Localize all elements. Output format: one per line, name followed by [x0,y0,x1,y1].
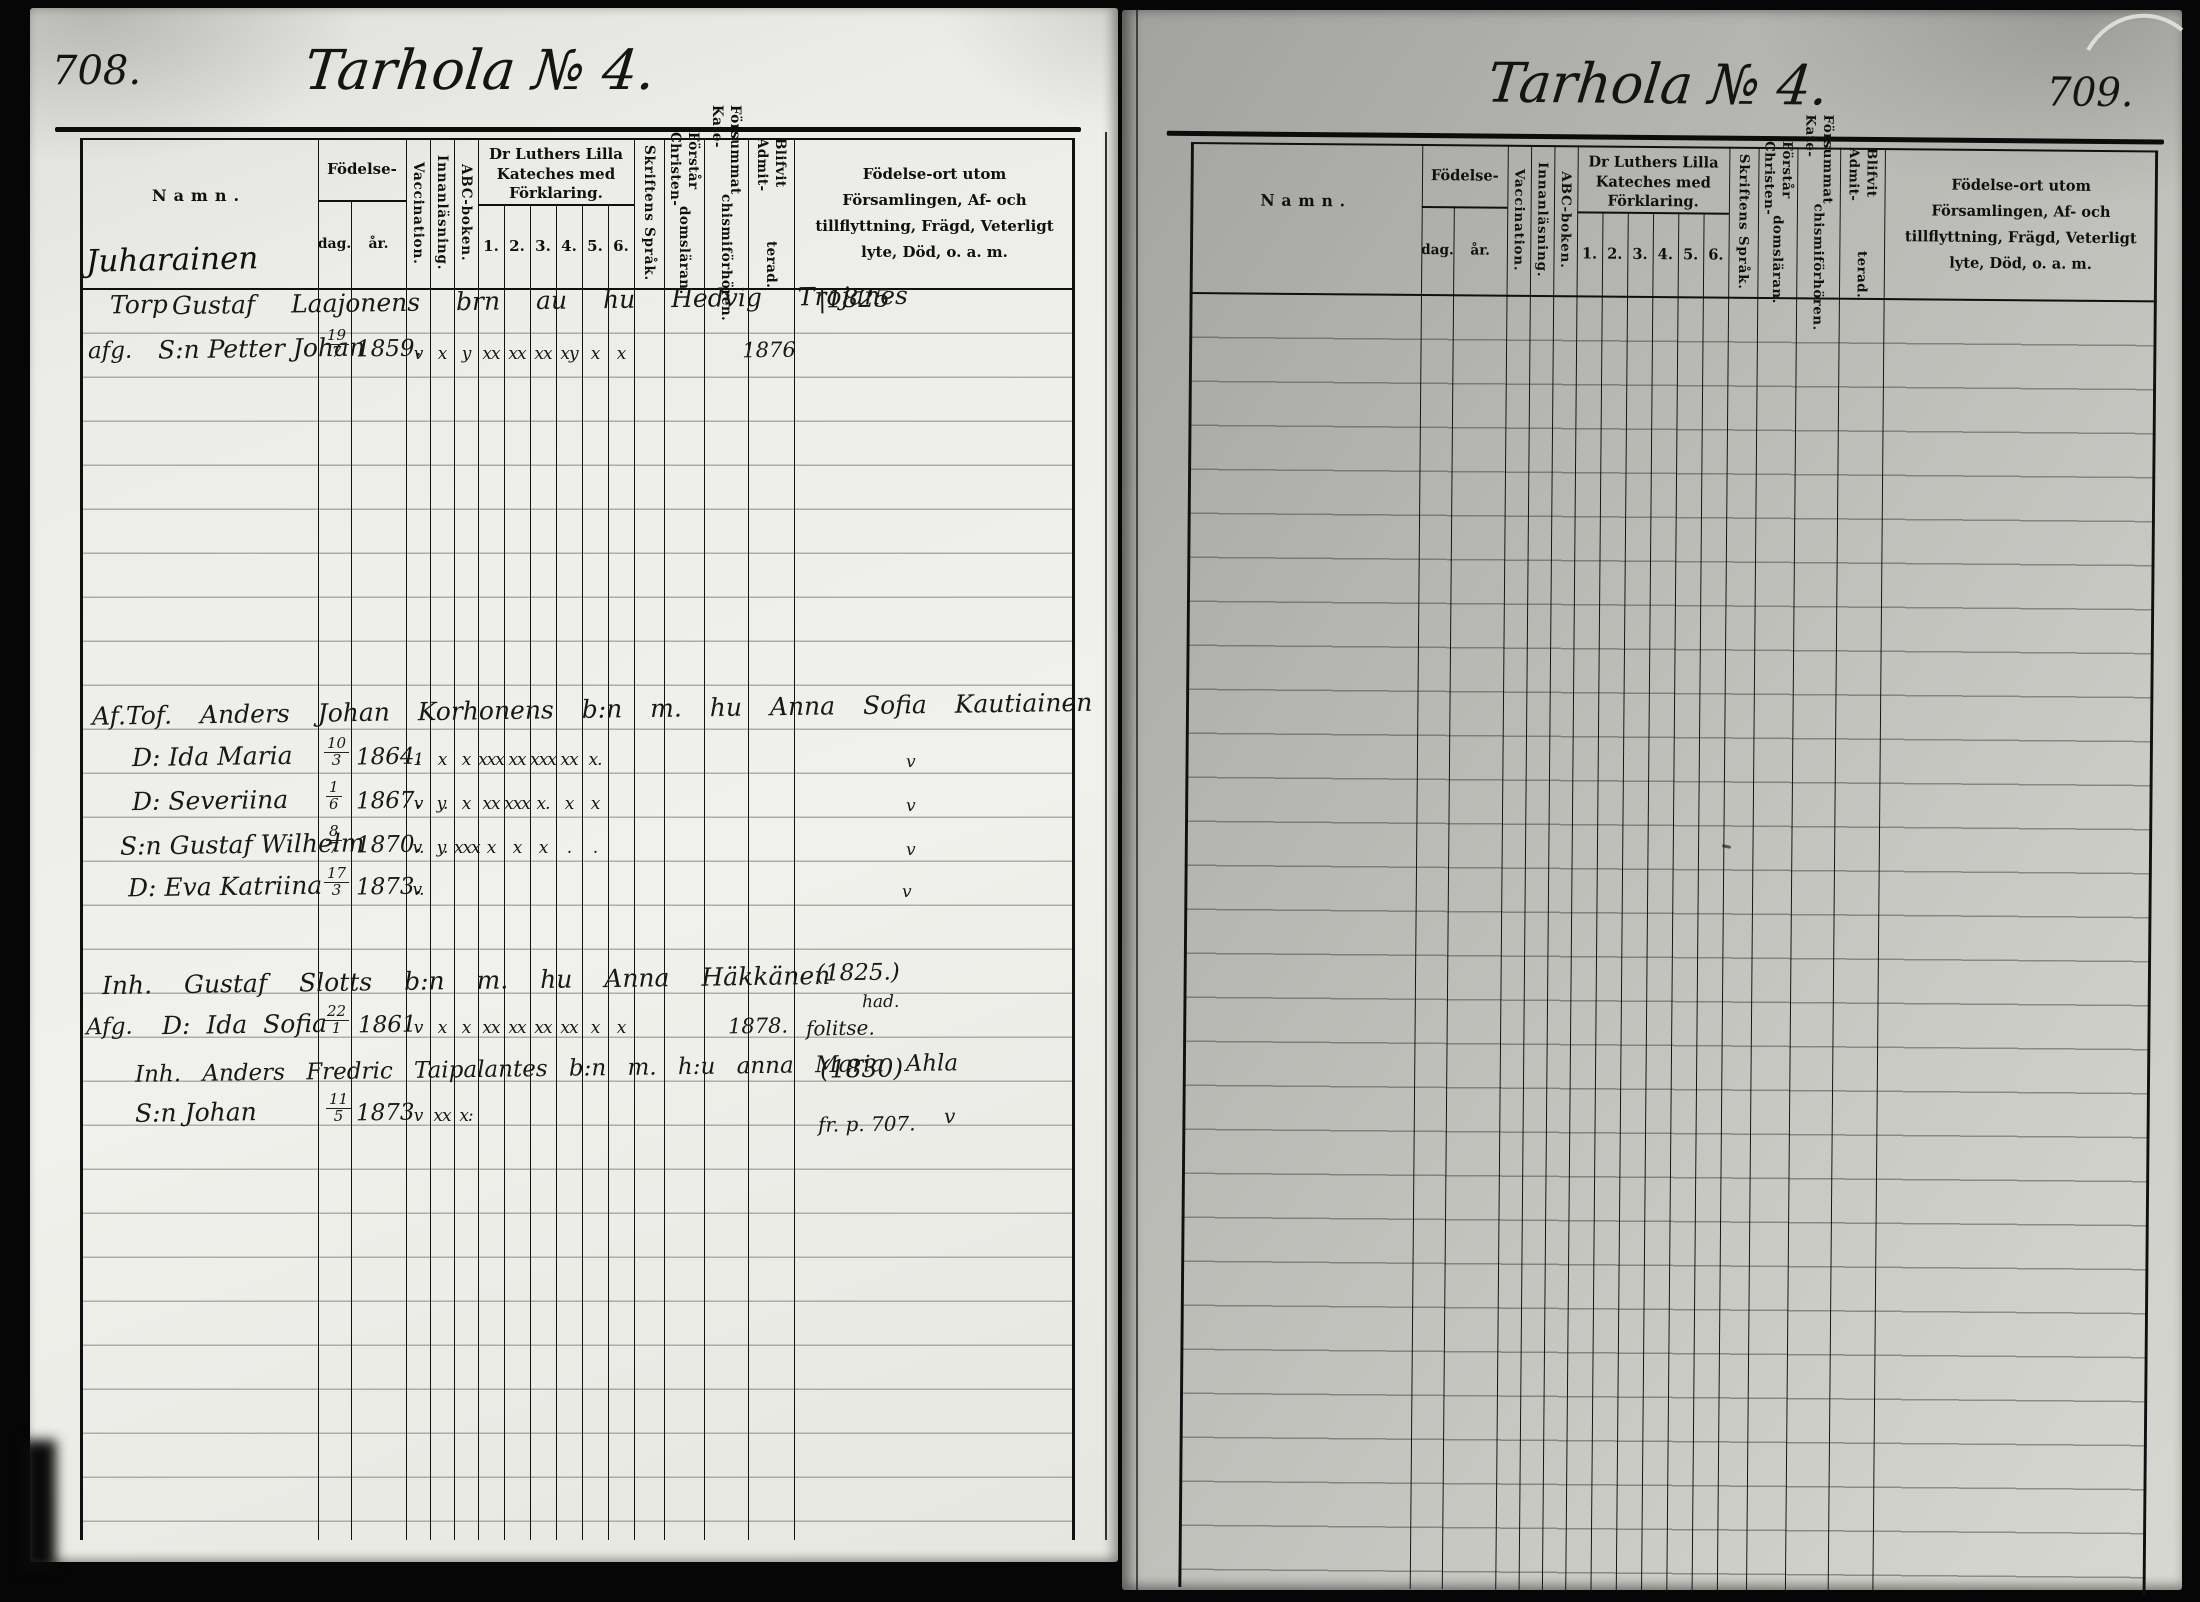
kateches-col-4: 4. [556,204,582,288]
column-header-fodelse: Födelse- dag. år. [318,138,406,288]
entry-name: D: Severiina [132,785,289,816]
subheader-dag: dag. [318,200,351,288]
entry-marks: vxyxxxxxxxyxx [406,344,634,364]
kateches-col-5: 5. [582,204,608,288]
entry-prefix: Afg. [86,1014,133,1041]
column-header-innanlasning: Innanläsning. [430,138,454,288]
entry-note: v [906,752,916,772]
top-rule [55,127,1081,132]
subheader-ar: år. [351,200,406,288]
entry-marks: v.y.xxxxxx.. [406,838,634,858]
right-page-title: Tarhola № 4. [1402,50,1915,118]
kateches-col-6: 6. [608,204,634,288]
entry-name: D: Eva Katriina [128,871,323,903]
entry-admitted-year: 1876 [740,338,798,363]
entry-name: D: Ida Sofia [162,1009,327,1040]
column-header-abc-boken: ABC-boken. [1553,145,1578,295]
entry-note: |1825 [818,283,890,313]
entry-birth-day: 87 [326,824,342,857]
kateches-col-3: 3. [1627,212,1653,296]
left-page-number: 708. [52,48,141,94]
column-header-namn: Namn. [1190,142,1423,294]
right-page-number: 709. [2047,69,2134,116]
entry-marks: 1xxxxxxxxxxxxx. [406,750,634,770]
entry-birth-day: 115 [326,1092,351,1125]
kateches-col-4: 4. [1652,212,1678,296]
scan-blotch [22,1440,56,1570]
entry-name: D: Ida Maria [132,741,293,772]
entry-prefix: Torp [110,290,168,320]
column-header-vaccination: Vaccination. [1507,145,1532,295]
entry-note: folitse. [806,1016,875,1041]
column-header-fodelseort: Födelse-ort utom Församlingen, Af- och t… [1884,148,2158,300]
gutter-fold-line [1136,10,1138,1590]
column-header-abc-boken: ABC-boken. [454,138,478,288]
right-page: 709. Tarhola № 4. Namn. Födelse- dag. år… [1122,10,2182,1590]
entry-note: (1825.) [816,959,900,986]
column-header-skriftens-sprak: Skriftens Språk. [634,138,664,288]
page-margin-line [1105,132,1107,1540]
table-right-border [1072,138,1075,1540]
kateches-col-1: 1. [1577,211,1603,295]
column-header-forstar-christendomslaran: Förstår Christen-domsläran. [664,138,704,288]
entry-marks: vxxx: [406,1106,634,1126]
scanned-parish-register-spread: 708. Tarhola № 4. Namn. Juharainen Födel… [0,0,2200,1602]
column-header-innanlasning: Innanläsning. [1530,145,1555,295]
scan-scratch-mark [2078,4,2198,64]
entry-birth-day: 221 [324,1004,349,1037]
entry-birth-day: 173 [324,866,349,899]
column-header-forstar-christendomslaran: Förstår Christen-domsläran. [1757,147,1797,297]
kateches-col-2: 2. [504,204,530,288]
right-table: 709. Tarhola № 4. Namn. Födelse- dag. år… [1178,142,2158,1595]
entry-admitted-year: 1878. [728,1014,786,1039]
table-left-border [80,138,83,1540]
column-header-vaccination: Vaccination. [406,138,430,288]
left-page-title: Tarhola № 4. [217,38,744,102]
entry-note: fr. p. 707. [818,1111,916,1136]
entry-note: v [944,1104,956,1128]
kateches-col-2: 2. [1602,212,1628,296]
kateches-col-1: 1. [478,204,504,288]
column-header-blifvit-admitterad: Blifvit Admit-terad. [748,138,794,288]
column-header-fodelse: Födelse- dag. år. [1421,144,1508,295]
left-table: 708. Tarhola № 4. Namn. Juharainen Födel… [80,138,1075,1540]
entry-note: (1830) [820,1053,904,1083]
entry-name: S:n Johan [135,1097,257,1128]
entry-prefix: afg. [88,338,133,365]
kateches-col-5: 5. [1678,212,1704,296]
subheader-ar: år. [1453,206,1507,294]
table-body-ruling [80,290,1075,1540]
entry-marks: vy.xxxxxxx.xx [406,794,634,814]
section-name-handwritten: Juharainen [86,240,259,280]
entry-note: v [906,840,916,860]
entry-birth-day: 103 [324,736,349,769]
subheader-dag: dag. [1421,206,1454,294]
column-header-fodelseort: Födelse-ort utom Församlingen, Af- och t… [794,138,1075,288]
left-page: 708. Tarhola № 4. Namn. Juharainen Födel… [30,8,1118,1562]
entry-note: v [902,882,912,902]
entry-note: had. [862,992,900,1013]
entry-birth-day: 16 [326,780,342,813]
column-header-skriftens-sprak: Skriftens Språk. [1728,147,1758,297]
column-header-blifvit-admitterad: Blifvit Admit-terad. [1839,148,1885,298]
kateches-col-6: 6. [1703,212,1729,296]
entry-marks: v. [406,880,634,900]
entry-note: v [906,796,916,816]
column-header-forsummat-katechismiforhoren: Försummat Kate-chismiförhören. [1796,147,1840,297]
entry-birth-day: 197 [324,328,349,361]
kateches-col-3: 3. [530,204,556,288]
column-header-forsummat-katechismiforhoren: Försummat Kate-chismiförhören. [704,138,748,288]
entry-marks: vxxxxxxxxxxxx [406,1018,634,1038]
